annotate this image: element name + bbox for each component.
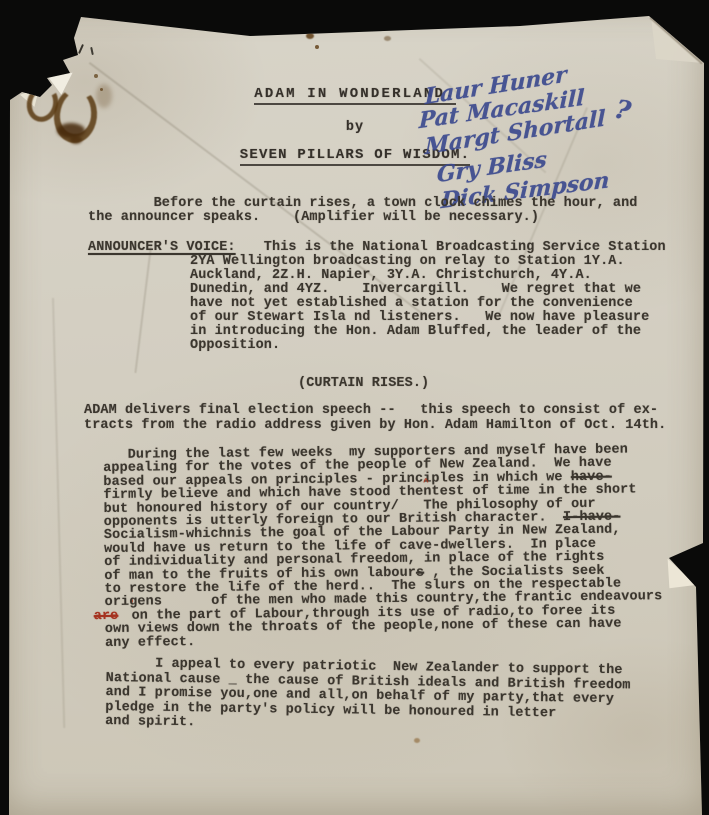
- rust-stain-blob: [70, 136, 82, 144]
- adam-speech-part-2: I appeal to every patriotic New Zealande…: [105, 657, 631, 737]
- stain-speck: [306, 33, 314, 39]
- rust-stain-blob: [57, 123, 85, 138]
- stain-speck: [315, 45, 319, 49]
- paper-sheet: ADAM IN WONDERLAND. by SEVEN PILLARS OF …: [0, 0, 709, 815]
- stain-speck: [384, 36, 391, 41]
- stain-speck: [345, 20, 348, 23]
- rust-speck: [100, 88, 103, 91]
- stain-speck: [414, 738, 420, 743]
- rust-speck: [94, 74, 98, 78]
- stain-speck: [256, 10, 261, 14]
- scanned-document: ADAM IN WONDERLAND. by SEVEN PILLARS OF …: [0, 0, 709, 815]
- dark-mark: [90, 47, 94, 55]
- stage-direction-intro: Before the curtain rises, a town clock c…: [88, 197, 638, 225]
- dark-mark: [78, 44, 84, 54]
- adam-speech-direction: ADAM delivers final election speech -- t…: [84, 404, 666, 433]
- rust-stain-spray: [96, 84, 112, 108]
- crease-line: [53, 298, 66, 728]
- announcer-voice-speech: This is the National Broadcasting Servic…: [190, 241, 666, 353]
- crease-line: [135, 246, 152, 373]
- edge-tear-highlight: [664, 556, 700, 590]
- curtain-rises-direction: (CURTAIN RISES.): [298, 377, 429, 391]
- adam-speech-part-1: During the last few weeks my supporters …: [103, 443, 663, 650]
- handwritten-question-mark: ?: [611, 94, 633, 127]
